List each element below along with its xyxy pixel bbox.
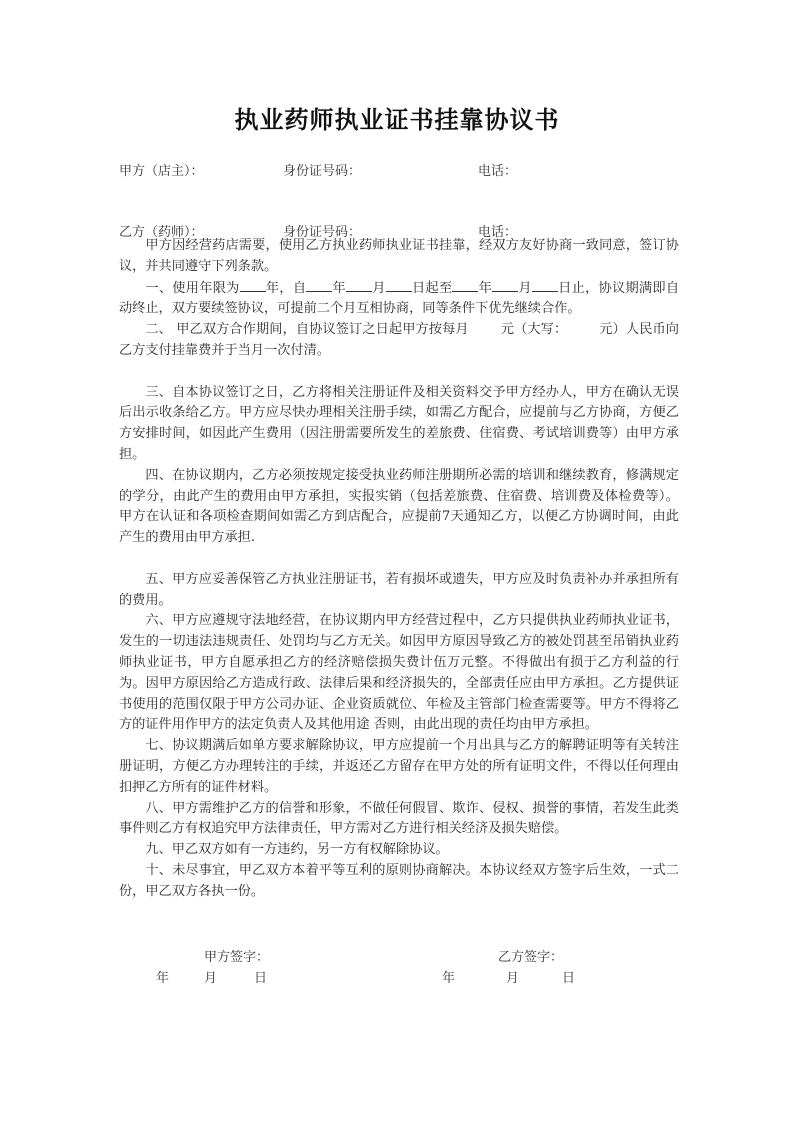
clause-1: 一、使用年限为年，自年月日起至年月日止，协议期满即自动终止，双方要续签协议，可提… (119, 278, 679, 321)
document-page: 执业药师执业证书挂靠协议书 甲方（店主）： 身份证号码： 电话： 乙方（药师）：… (0, 0, 794, 1123)
clause-1-text: 年 (478, 281, 492, 296)
start-year-blank (306, 278, 332, 292)
party-b-date-year: 年 (442, 967, 455, 986)
party-b-signature-label: 乙方签字： (498, 946, 563, 965)
party-b-date-day: 日 (562, 967, 575, 986)
clause-2-text: 二、 甲乙双方合作期间，自协议签订之日起甲方按每月 (145, 322, 468, 337)
clause-1-text: 日起至 (412, 281, 453, 296)
clause-5: 五、甲方应妥善保管乙方执业注册证书，若有损坏或遗失，甲方应及时负责补办并承担所有… (119, 570, 679, 612)
clause-2: 二、 甲乙双方合作期间，自协议签订之日起甲方按每月元（大写：元）人民币向乙方支付… (119, 320, 679, 362)
party-a-phone-label: 电话： (478, 160, 517, 179)
clause-1-text: 月 (372, 281, 386, 296)
end-year-blank (452, 278, 478, 292)
party-a-date-year: 年 (156, 967, 169, 986)
document-title: 执业药师执业证书挂靠协议书 (0, 100, 794, 135)
clause-9: 九、甲乙双方如有一方违约，另一方有权解除协议。 (119, 840, 679, 861)
years-blank (240, 278, 266, 292)
agreement-body: 甲方因经营药店需要，使用乙方执业药师执业证书挂靠，经双方友好协商一致同意，签订协… (119, 236, 679, 903)
party-b-date-month: 月 (506, 967, 519, 986)
clause-1-text: 一、使用年限为 (145, 281, 239, 296)
party-a-id-label: 身份证号码： (283, 160, 361, 179)
clause-1-text: 月 (518, 281, 532, 296)
clause-10: 十、未尽事宜，甲乙双方本着平等互利的原则协商解决。本协议经双方签字后生效，一式二… (119, 861, 679, 903)
clause-7: 七、协议期满后如单方要求解除协议，甲方应提前一个月出具与乙方的解聘证明等有关转注… (119, 736, 679, 798)
clause-1-text: 年 (332, 281, 346, 296)
party-a-signature-label: 甲方签字： (204, 946, 269, 965)
clause-6: 六、甲方应遵规守法地经营，在协议期内甲方经营过程中，乙方只提供执业药师执业证书，… (119, 611, 679, 736)
end-day-blank (532, 278, 558, 292)
clause-8: 八、甲方需维护乙方的信誉和形象，不做任何假冒、欺诈、侵权、损誉的事情，若发生此类… (119, 799, 679, 841)
clause-3: 三、自本协议签订之日，乙方将相关注册证件及相关资料交予甲方经办人，甲方在确认无误… (119, 383, 679, 466)
start-day-blank (386, 278, 412, 292)
intro-paragraph: 甲方因经营药店需要，使用乙方执业药师执业证书挂靠，经双方友好协商一致同意，签订协… (119, 236, 679, 278)
party-a-date-day: 日 (254, 967, 267, 986)
end-month-blank (492, 278, 518, 292)
clause-4: 四、在协议期内，乙方必须按规定接受执业药师注册期所必需的培训和继续教育，修满规定… (119, 466, 679, 549)
party-a-date-month: 月 (204, 967, 217, 986)
clause-1-text: 年，自 (266, 281, 307, 296)
clause-2-text: 元（大写： (501, 322, 568, 337)
start-month-blank (346, 278, 372, 292)
party-a-label: 甲方（店主）： (119, 160, 204, 179)
